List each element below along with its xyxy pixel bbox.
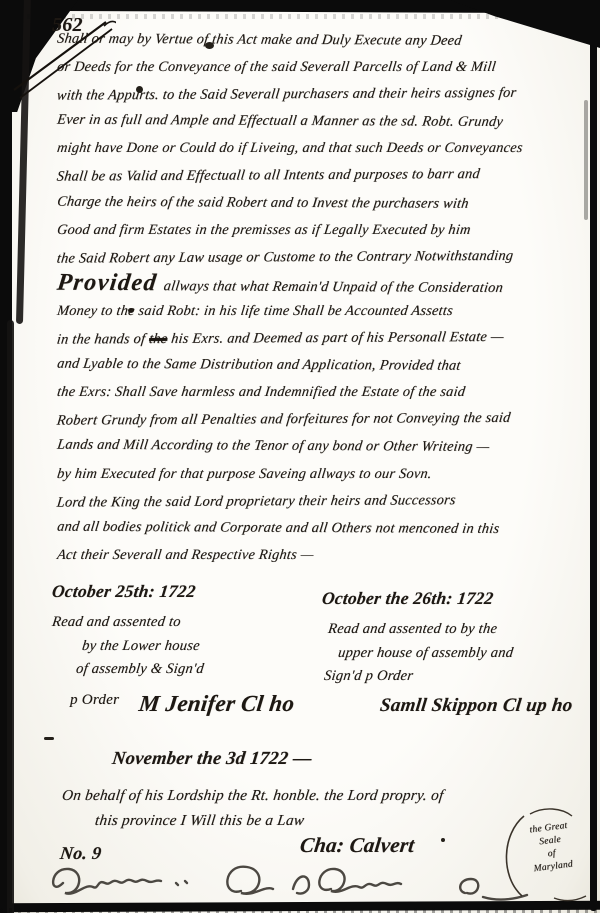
provided-emphasis: Provided [56, 269, 159, 296]
scan-noise-bottom [0, 908, 600, 913]
enactment-line: this province I Will this be a Law [94, 812, 305, 830]
body-line: Ever in as full and Ample and Effectuall… [55, 107, 583, 137]
upper-house-date: October the 26th: 1722 [321, 588, 574, 609]
attestation-line: Read and assented to by the [327, 618, 574, 642]
body-line-text: his Exrs. and Deemed as part of his Pers… [170, 329, 505, 347]
body-line: with the Appurts. to the Said Severall p… [55, 80, 584, 110]
body-line: and all bodies politick and Corporate an… [55, 513, 583, 543]
body-line: the Exrs: Shall Save harmless and Indemn… [55, 379, 583, 406]
body-line: by him Executed for that purpose Saveing… [55, 461, 583, 488]
clerk-signature-lower-house: M Jenifer Cl ho [138, 691, 296, 717]
scan-edge-right [590, 26, 597, 911]
per-order-label: p Order [70, 692, 119, 708]
body-line-text: allways that what Remain'd Unpaid of the… [163, 278, 504, 296]
scan-streak-left-lower [7, 320, 14, 913]
body-line: Shall or may by Vertue of this Act make … [55, 26, 583, 56]
struck-out-word: the [148, 331, 168, 347]
body-line-provided: Providedallways that what Remain'd Unpai… [55, 269, 583, 299]
body-line: or Deeds for the Conveyance of the said … [55, 54, 583, 81]
body-line: Shall be as Valid and Effectuall to all … [55, 161, 584, 191]
attestation-lower-house: October 25th: 1722 Read and assented to … [52, 581, 294, 710]
act-body-text: Shall or may by Vertue of this Act make … [57, 27, 582, 569]
attestation-line: of assembly & Sign'd [75, 658, 296, 682]
body-line-text: in the hands of [56, 331, 146, 348]
body-line: Robert Grundy from all Penalties and for… [55, 405, 584, 435]
attestation-line: Read and assented to [51, 611, 296, 635]
body-line-with-strikeout: in the hands of the his Exrs. and Deemed… [55, 323, 584, 353]
body-line: Charge the heirs of the said Robert and … [55, 188, 583, 218]
body-line: Money to the said Robt: in his life time… [55, 298, 583, 325]
attestation-line: Sign'd p Order [323, 665, 574, 689]
attestation-line: upper house of assembly and [337, 642, 574, 666]
manuscript-scan: 562 Shall or may by Vertue of this Act m… [0, 0, 600, 913]
enactment-line: On behalf of his Lordship the Rt. honble… [61, 787, 445, 805]
body-line: and Lyable to the Same Distribution and … [55, 351, 583, 381]
attestation-line: by the Lower house [81, 635, 296, 659]
bleedthrough-scribble [45, 853, 545, 905]
body-line: Act their Severall and Respective Rights… [55, 542, 583, 569]
enactment-date: November the 3d 1722 — [111, 749, 313, 770]
attestation-order-line: p Order M Jenifer Cl ho [70, 684, 294, 710]
body-line: Good and firm Estates in the premisses a… [55, 217, 583, 244]
body-line: the Said Robert any Law usage or Custome… [55, 242, 584, 272]
attestation-upper-house: October the 26th: 1722 Read and assented… [322, 588, 572, 717]
scan-streak-right [584, 100, 588, 220]
clerk-signature-upper-house: Samll Skippon Cl up ho [379, 695, 574, 717]
ink-speckle [441, 838, 445, 842]
body-line: Lord the King the said Lord proprietary … [55, 486, 584, 516]
ink-speckle [44, 737, 54, 740]
body-line: might have Done or Could do if Liveing, … [55, 135, 583, 162]
body-line: Lands and Mill According to the Tenor of… [55, 432, 583, 462]
lower-house-date: October 25th: 1722 [51, 581, 296, 602]
